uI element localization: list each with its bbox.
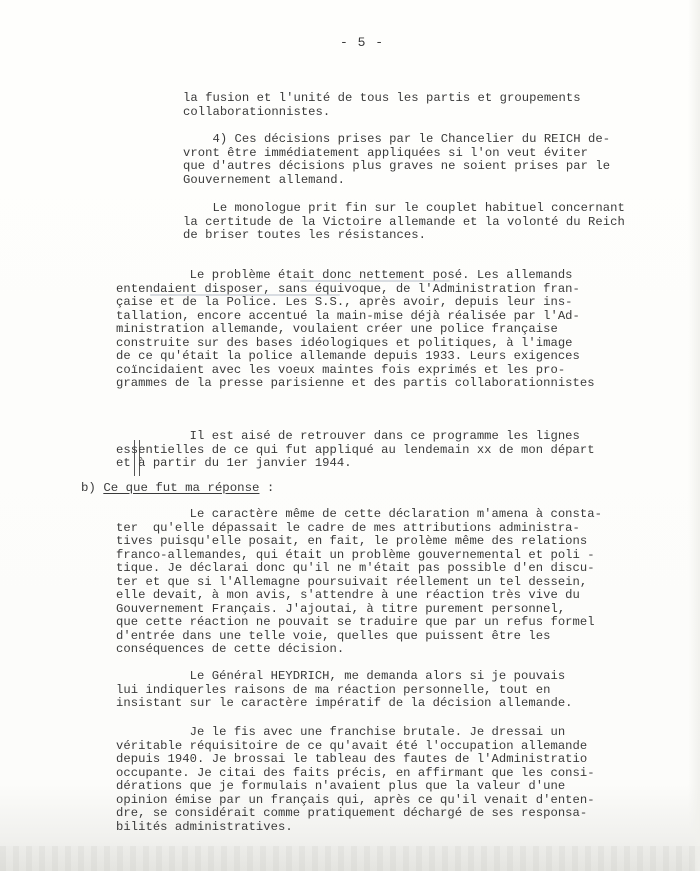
text-line: Le monologue prit fin sur le couplet hab… <box>183 202 625 216</box>
text-line: Gouvernement Français. J'ajoutai, à titr… <box>116 603 565 617</box>
text-line: Je le fis avec une franchise brutale. Je… <box>116 726 565 740</box>
section-marker: b) <box>81 481 103 495</box>
text-line: çaise et de la Police. Les S.S., après a… <box>116 296 573 310</box>
section-title: Ce que fut ma réponse <box>103 481 259 495</box>
text-line: ministration allemande, voulaient créer … <box>116 323 558 337</box>
section-suffix: : <box>259 481 274 495</box>
text-line: véritable réquisitoire de ce qu'avait ét… <box>116 740 587 754</box>
text-line: Gouvernement allemand. <box>183 174 345 188</box>
text-line: entendaient disposer, sans équivoque, de… <box>116 283 580 297</box>
text-line: dérations que je formulais n'avaient plu… <box>116 780 565 794</box>
text-line: opinion émise par un français qui, après… <box>116 794 595 808</box>
text-line: coïncidaient avec les voeux maintes fois… <box>116 364 565 378</box>
text-line: occupante. Je citai des faits précis, en… <box>116 767 595 781</box>
page-number: - 5 - <box>340 35 384 50</box>
text-line: collaborationnistes. <box>183 106 330 120</box>
text-line: vront être immédiatement appliquées si l… <box>183 147 588 161</box>
text-line: Le problème était donc nettement posé. L… <box>116 269 573 283</box>
text-line: elle devait, à mon avis, s'attendre à un… <box>116 589 580 603</box>
text-line: 4) Ces décisions prises par le Chancelie… <box>183 133 610 147</box>
document-page: - 5 - la fusion et l'unité de tous les p… <box>0 0 700 871</box>
text-line: essentielles de ce qui fut appliqué au l… <box>116 444 595 458</box>
page-edge-shadow <box>688 0 700 871</box>
text-line: ter qu'elle dépassait le cadre de mes at… <box>116 522 580 536</box>
text-line: la fusion et l'unité de tous les partis … <box>183 92 581 106</box>
text-line: grammes de la presse parisienne et des p… <box>116 377 595 391</box>
text-line: franco-allemandes, qui était un problème… <box>116 549 595 563</box>
section-heading: b) Ce que fut ma réponse : <box>81 481 274 495</box>
text-line: lui indiquerles raisons de ma réaction p… <box>116 684 550 698</box>
text-line: Le caractère même de cette déclaration m… <box>116 508 602 522</box>
text-line: de briser toutes les résistances. <box>183 229 426 243</box>
text-line: bilités administratives. <box>116 821 293 835</box>
text-line: dre, se considérait comme pratiquement d… <box>116 807 587 821</box>
text-line: tives puisqu'elle posait, en fait, le pr… <box>116 535 587 549</box>
text-line: de ce qu'était la police allemande depui… <box>116 350 580 364</box>
text-line: d'entrée dans une telle voie, quelles qu… <box>116 630 550 644</box>
text-line: tallation, encore accentué la main-mise … <box>116 310 580 324</box>
text-line: Il est aisé de retrouver dans ce program… <box>116 430 580 444</box>
text-line: tique. Je déclarai donc qu'il ne m'était… <box>116 562 595 576</box>
text-line: Le Général HEYDRICH, me demanda alors si… <box>116 670 565 684</box>
text-line: que cette réaction ne pouvait se traduir… <box>116 616 595 630</box>
text-line: ter et que si l'Allemagne poursuivait ré… <box>116 576 587 590</box>
text-line: et à partir du 1er janvier 1944. <box>116 457 352 471</box>
text-line: construite sur des bases idéologiques et… <box>116 337 573 351</box>
text-line: la certitude de la Victoire allemande et… <box>183 216 625 230</box>
text-line: que d'autres décisions plus graves ne so… <box>183 160 610 174</box>
text-line: insistant sur le caractère impératif de … <box>116 697 573 711</box>
text-line: conséquences de cette décision. <box>116 643 344 657</box>
text-line: depuis 1940. Je brossai le tableau des f… <box>116 753 587 767</box>
scan-bottom-edge <box>0 846 700 871</box>
